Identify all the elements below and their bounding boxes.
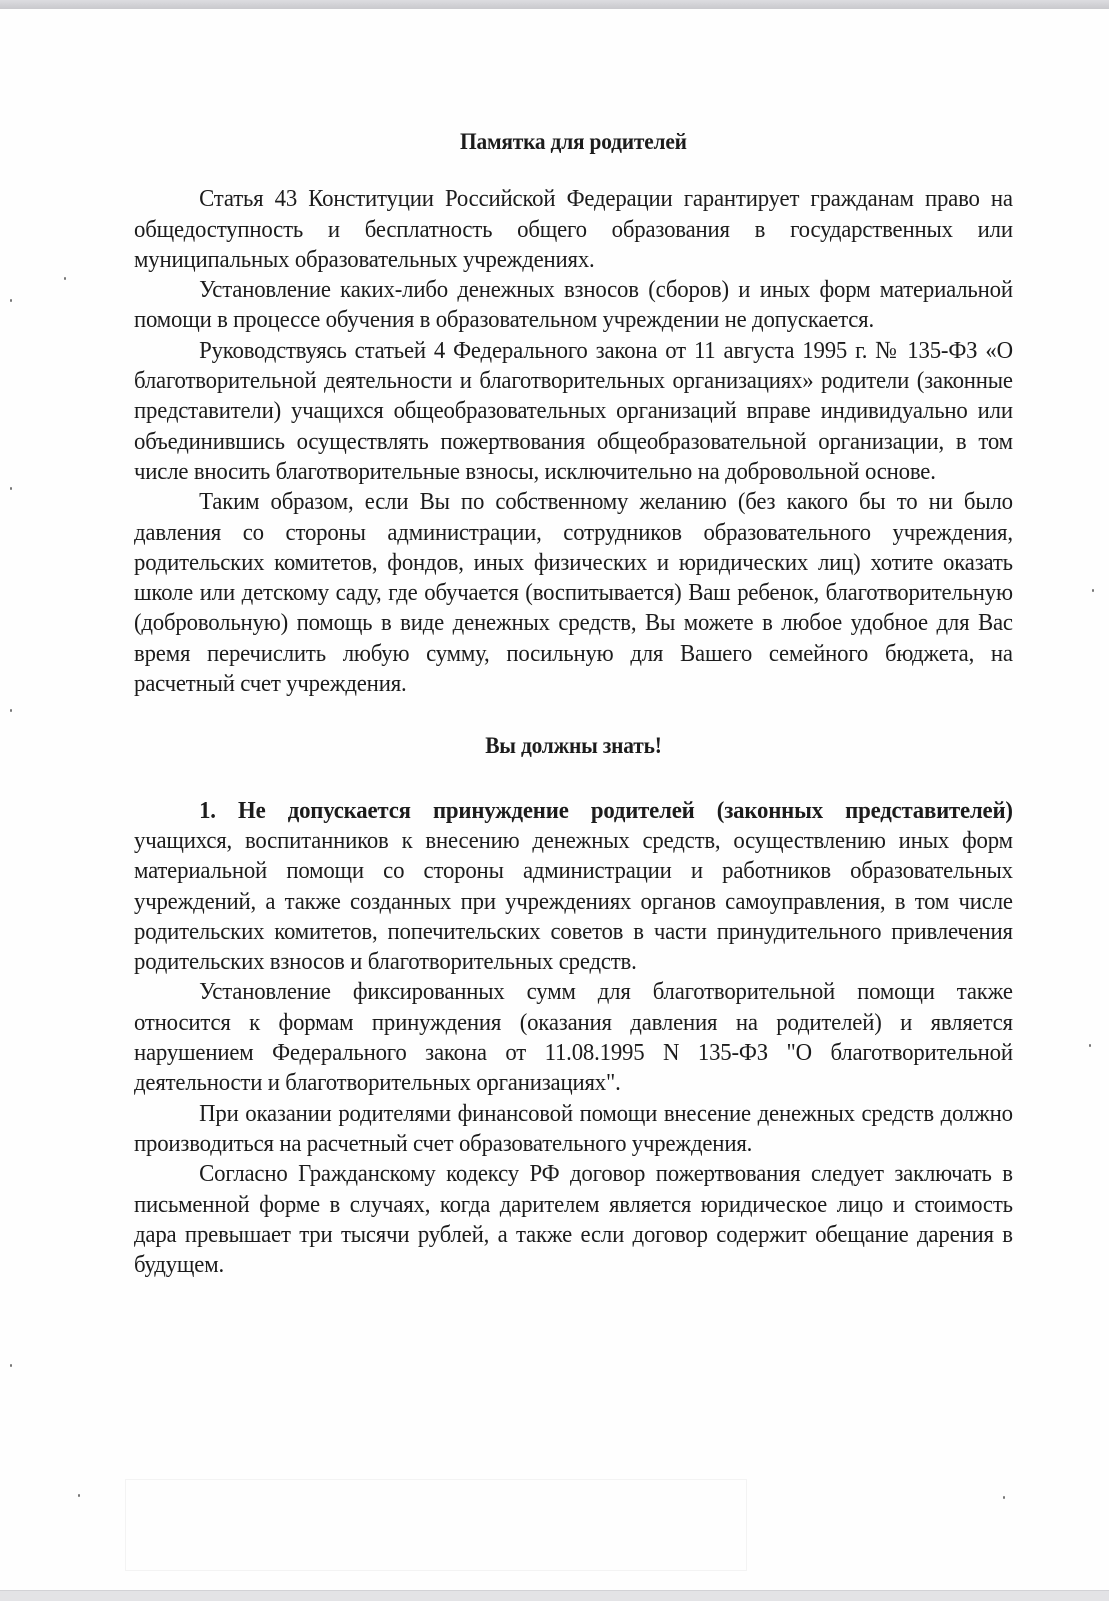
document-body: Памятка для родителей Статья 43 Конститу… [134,127,1013,1280]
list-item-bold-text: Не допускается принуждение родителей (за… [238,797,1013,824]
paragraph-bank-account: При оказании родителями финансовой помощ… [134,1099,1013,1160]
paragraph-constitution: Статья 43 Конституции Российской Федерац… [134,184,1013,275]
scan-speck [64,277,66,280]
paragraph-civil-code: Согласно Гражданскому кодексу РФ договор… [134,1159,1013,1280]
paragraph-no-fees: Установление каких-либо денежных взносов… [134,275,1013,336]
paragraph-federal-law: Руководствуясь статьей 4 Федерального за… [134,336,1013,487]
list-item-1: 1. Не допускается принуждение родителей … [134,796,1013,978]
viewer-bottom-bar [0,1590,1109,1601]
scan-speck [1003,1496,1005,1499]
paragraph-voluntary-help: Таким образом, если Вы по собственному ж… [134,487,1013,699]
scan-speck [1089,1044,1091,1047]
scan-speck [10,1364,12,1367]
document-title: Памятка для родителей [134,127,1013,157]
list-item-number: 1. [199,797,216,824]
section-heading: Вы должны знать! [134,731,1013,761]
paragraph-fixed-sums: Установление фиксированных сумм для благ… [134,977,1013,1098]
scan-speck [10,487,12,490]
bleed-through-table [125,1479,747,1571]
scan-speck [78,1494,80,1497]
scan-speck [10,299,12,302]
viewer-top-bar [0,0,1109,9]
scan-speck [1092,589,1094,592]
scan-speck [10,709,12,712]
list-item-text: учащихся, воспитанников к внесению денеж… [134,827,1013,975]
scanned-page: Памятка для родителей Статья 43 Конститу… [0,9,1109,1591]
